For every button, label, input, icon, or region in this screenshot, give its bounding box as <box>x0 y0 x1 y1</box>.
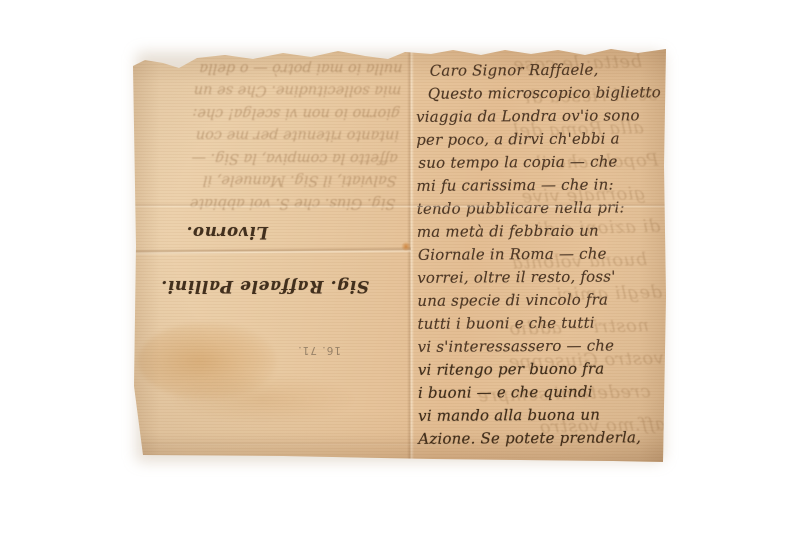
letter-line: Questo microscopico biglietto <box>428 81 660 106</box>
letter-line: vi s'interessassero — che <box>418 334 662 359</box>
paper-stain-soft <box>173 376 353 422</box>
letter-line: i buoni — e che quindi <box>418 380 662 405</box>
letter-line: viaggia da Londra ov'io sono <box>416 104 660 129</box>
verso-line: affetto la compiva, la Sig. — <box>135 147 398 170</box>
letter-line: ma metà di febbraio un <box>417 219 661 244</box>
verso-line: intanto ritenute per me con <box>136 124 399 147</box>
horizontal-crease-lower <box>133 442 453 446</box>
verso-line: mia sollecitudine. Che se un <box>139 79 402 102</box>
letter-line: Azione. Se potete prenderla, <box>418 426 662 451</box>
verso-line: giorno io non vi scelga! che: <box>138 102 401 125</box>
letter-line: una specie di vincolo fra <box>417 288 661 313</box>
letter-line: vi mando alla buona un <box>418 403 662 428</box>
address-recipient: Sig. Raffaele Pallini. <box>161 276 369 296</box>
horizontal-crease-upper <box>133 203 666 208</box>
manuscript-paper: betta: le cosese vi riesca dialla Roma d… <box>133 46 666 462</box>
letter-line: vorrei, oltre il resto, foss' <box>417 265 661 290</box>
letter-line: suo tempo la copia — che <box>418 150 660 175</box>
letter-body-text: Caro Signor Raffaele,Questo microscopico… <box>416 58 663 451</box>
letter-line: vi ritengo per buono fra <box>418 357 662 382</box>
letter-line: tutti i buoni e che tutti <box>417 311 661 336</box>
letter-photo: betta: le cosese vi riesca dialla Roma d… <box>0 0 800 533</box>
letter-line: Giornale in Roma — che <box>418 242 661 267</box>
letter-line: mi fu carissima — che in: <box>416 173 660 198</box>
letter-line: Caro Signor Raffaele, <box>430 58 660 83</box>
letter-line: per poco, a dirvi ch'ebbi a <box>416 127 660 152</box>
pencil-date-note: 16. 71. <box>297 344 341 356</box>
address-city: Livorno. <box>186 223 268 242</box>
letter-line: tendo pubblicare nella pri: <box>417 196 661 221</box>
paper-stain-dot <box>401 242 411 251</box>
verso-line: Salviati, il Sig. Manuele, il <box>134 169 397 192</box>
verso-showthrough-text: Sig. Gius. che S. voi abbiateSalviati, i… <box>133 57 403 215</box>
vertical-fold-crease <box>407 46 414 462</box>
